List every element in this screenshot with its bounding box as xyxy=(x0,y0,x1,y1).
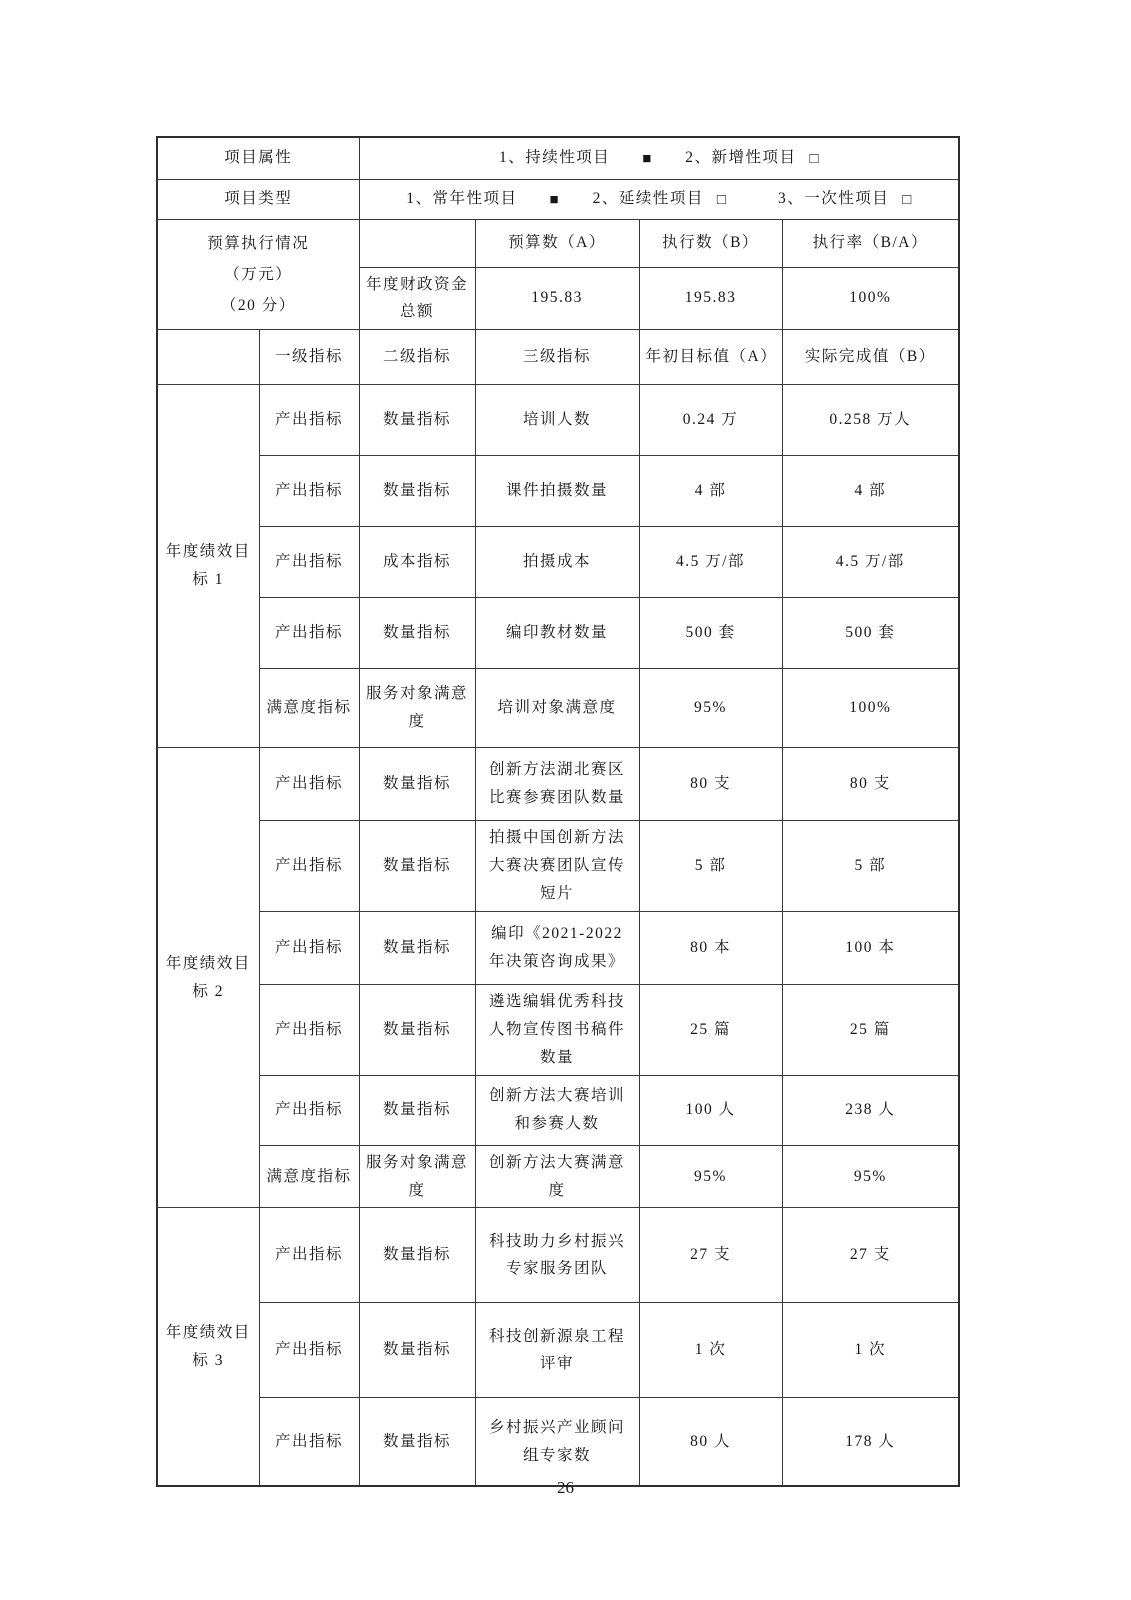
cell-level1: 产出指标 xyxy=(259,456,359,527)
budget-label-line: （万元） xyxy=(164,259,353,290)
budget-header-row: 预算执行情况 （万元） （20 分） 预算数（A） 执行数（B） 执行率（B/A… xyxy=(157,219,959,267)
cell-level2: 数量指标 xyxy=(359,911,475,984)
budget-label-line: 预算执行情况 xyxy=(164,228,353,259)
cell-target: 95% xyxy=(639,669,782,748)
cell-target: 1 次 xyxy=(639,1303,782,1398)
document-page: 项目属性 1、持续性项目■2、新增性项目□ 项目类型 1、常年性项目■2、延续性… xyxy=(0,0,1131,1600)
option-label: 1、常年性项目 xyxy=(406,190,517,207)
cell-level2: 成本指标 xyxy=(359,527,475,598)
group-label-goal-2: 年度绩效目标 2 xyxy=(157,748,259,1208)
cell-target: 27 支 xyxy=(639,1208,782,1303)
cell-target: 100 人 xyxy=(639,1075,782,1145)
cell-actual: 1 次 xyxy=(782,1303,959,1398)
cell-level1: 产出指标 xyxy=(259,598,359,669)
cell-target: 500 套 xyxy=(639,598,782,669)
option-label: 1、持续性项目 xyxy=(499,149,610,166)
budget-label-line: （20 分） xyxy=(164,290,353,321)
cell-target: 80 本 xyxy=(639,911,782,984)
cell-level3: 科技创新源泉工程评审 xyxy=(475,1303,639,1398)
page-number: 26 xyxy=(0,1478,1131,1498)
header-actual: 实际完成值（B） xyxy=(782,330,959,385)
option-onetime-project: 3、一次性项目□ xyxy=(778,190,911,207)
cell-level3: 培训人数 xyxy=(475,385,639,456)
cell-actual: 25 篇 xyxy=(782,984,959,1075)
project-attribute-label: 项目属性 xyxy=(157,137,359,179)
cell-target: 5 部 xyxy=(639,821,782,912)
checkbox-checked-icon: ■ xyxy=(642,146,651,173)
indicator-row: 产出指标 数量指标 创新方法大赛培训和参赛人数 100 人 238 人 xyxy=(157,1075,959,1145)
project-type-label: 项目类型 xyxy=(157,179,359,219)
indicator-row: 产出指标 数量指标 编印教材数量 500 套 500 套 xyxy=(157,598,959,669)
budget-value-b: 195.83 xyxy=(639,267,782,330)
option-annual-project: 1、常年性项目■ xyxy=(406,190,558,207)
cell-level3: 创新方法湖北赛区比赛参赛团队数量 xyxy=(475,748,639,821)
indicator-row: 满意度指标 服务对象满意度 创新方法大赛满意度 95% 95% xyxy=(157,1145,959,1208)
budget-header-amount-b: 执行数（B） xyxy=(639,219,782,267)
cell-level1: 产出指标 xyxy=(259,1075,359,1145)
cell-target: 80 支 xyxy=(639,748,782,821)
project-type-options: 1、常年性项目■2、延续性项目□3、一次性项目□ xyxy=(359,179,959,219)
cell-actual: 95% xyxy=(782,1145,959,1208)
cell-actual: 238 人 xyxy=(782,1075,959,1145)
cell-level1: 产出指标 xyxy=(259,911,359,984)
header-level1: 一级指标 xyxy=(259,330,359,385)
group-label-goal-3: 年度绩效目标 3 xyxy=(157,1208,259,1486)
cell-level3: 乡村振兴产业顾问组专家数 xyxy=(475,1398,639,1486)
option-continuing-project: 1、持续性项目■ xyxy=(499,149,651,166)
cell-level1: 产出指标 xyxy=(259,385,359,456)
cell-target: 80 人 xyxy=(639,1398,782,1486)
budget-execution-label: 预算执行情况 （万元） （20 分） xyxy=(157,219,359,330)
cell-actual: 0.258 万人 xyxy=(782,385,959,456)
option-new-project: 2、新增性项目□ xyxy=(685,149,818,166)
cell-target: 25 篇 xyxy=(639,984,782,1075)
indicator-row: 产出指标 数量指标 乡村振兴产业顾问组专家数 80 人 178 人 xyxy=(157,1398,959,1486)
option-label: 3、一次性项目 xyxy=(778,190,889,207)
cell-target: 0.24 万 xyxy=(639,385,782,456)
checkbox-checked-icon: ■ xyxy=(550,187,559,214)
indicator-header-row: 一级指标 二级指标 三级指标 年初目标值（A） 实际完成值（B） xyxy=(157,330,959,385)
checkbox-unchecked-icon: □ xyxy=(902,187,911,214)
cell-level2: 数量指标 xyxy=(359,984,475,1075)
cell-level1: 产出指标 xyxy=(259,1398,359,1486)
cell-level3: 拍摄中国创新方法大赛决赛团队宣传短片 xyxy=(475,821,639,912)
cell-target: 4 部 xyxy=(639,456,782,527)
cell-level1: 产出指标 xyxy=(259,984,359,1075)
indicator-row: 年度绩效目标 3 产出指标 数量指标 科技助力乡村振兴专家服务团队 27 支 2… xyxy=(157,1208,959,1303)
group-label-goal-1: 年度绩效目标 1 xyxy=(157,385,259,748)
cell-level3: 创新方法大赛培训和参赛人数 xyxy=(475,1075,639,1145)
option-label: 2、延续性项目 xyxy=(593,190,704,207)
cell-level3: 编印教材数量 xyxy=(475,598,639,669)
indicator-row: 产出指标 成本指标 拍摄成本 4.5 万/部 4.5 万/部 xyxy=(157,527,959,598)
checkbox-unchecked-icon: □ xyxy=(810,146,819,173)
performance-table: 项目属性 1、持续性项目■2、新增性项目□ 项目类型 1、常年性项目■2、延续性… xyxy=(156,136,960,1487)
cell-level2: 数量指标 xyxy=(359,821,475,912)
project-type-row: 项目类型 1、常年性项目■2、延续性项目□3、一次性项目□ xyxy=(157,179,959,219)
project-attribute-row: 项目属性 1、持续性项目■2、新增性项目□ xyxy=(157,137,959,179)
cell-target: 95% xyxy=(639,1145,782,1208)
cell-actual: 27 支 xyxy=(782,1208,959,1303)
cell-level3: 拍摄成本 xyxy=(475,527,639,598)
cell-actual: 100% xyxy=(782,669,959,748)
indicator-row: 产出指标 数量指标 课件拍摄数量 4 部 4 部 xyxy=(157,456,959,527)
cell-level3: 编印《2021-2022 年决策咨询成果》 xyxy=(475,911,639,984)
cell-level1: 产出指标 xyxy=(259,748,359,821)
cell-level2: 数量指标 xyxy=(359,385,475,456)
indicator-row: 产出指标 数量指标 科技创新源泉工程评审 1 次 1 次 xyxy=(157,1303,959,1398)
cell-level1: 产出指标 xyxy=(259,821,359,912)
empty-cell xyxy=(359,219,475,267)
budget-value-a: 195.83 xyxy=(475,267,639,330)
budget-header-rate: 执行率（B/A） xyxy=(782,219,959,267)
budget-row-header: 年度财政资金总额 xyxy=(359,267,475,330)
cell-level3: 课件拍摄数量 xyxy=(475,456,639,527)
cell-level3: 创新方法大赛满意度 xyxy=(475,1145,639,1208)
cell-level1: 满意度指标 xyxy=(259,1145,359,1208)
cell-level3: 遴选编辑优秀科技人物宣传图书稿件数量 xyxy=(475,984,639,1075)
indicator-row: 产出指标 数量指标 拍摄中国创新方法大赛决赛团队宣传短片 5 部 5 部 xyxy=(157,821,959,912)
header-level2: 二级指标 xyxy=(359,330,475,385)
cell-level2: 数量指标 xyxy=(359,1398,475,1486)
project-attribute-options: 1、持续性项目■2、新增性项目□ xyxy=(359,137,959,179)
cell-actual: 80 支 xyxy=(782,748,959,821)
indicator-row: 满意度指标 服务对象满意度 培训对象满意度 95% 100% xyxy=(157,669,959,748)
cell-level1: 满意度指标 xyxy=(259,669,359,748)
indicator-row: 产出指标 数量指标 编印《2021-2022 年决策咨询成果》 80 本 100… xyxy=(157,911,959,984)
cell-level2: 数量指标 xyxy=(359,1303,475,1398)
cell-actual: 4 部 xyxy=(782,456,959,527)
cell-level2: 数量指标 xyxy=(359,456,475,527)
cell-target: 4.5 万/部 xyxy=(639,527,782,598)
indicator-row: 产出指标 数量指标 遴选编辑优秀科技人物宣传图书稿件数量 25 篇 25 篇 xyxy=(157,984,959,1075)
indicator-row: 年度绩效目标 1 产出指标 数量指标 培训人数 0.24 万 0.258 万人 xyxy=(157,385,959,456)
cell-level1: 产出指标 xyxy=(259,527,359,598)
cell-level2: 服务对象满意度 xyxy=(359,669,475,748)
option-extended-project: 2、延续性项目□ xyxy=(593,190,726,207)
budget-header-amount-a: 预算数（A） xyxy=(475,219,639,267)
cell-level3: 培训对象满意度 xyxy=(475,669,639,748)
cell-actual: 500 套 xyxy=(782,598,959,669)
indicator-row: 年度绩效目标 2 产出指标 数量指标 创新方法湖北赛区比赛参赛团队数量 80 支… xyxy=(157,748,959,821)
budget-value-rate: 100% xyxy=(782,267,959,330)
cell-level2: 数量指标 xyxy=(359,748,475,821)
cell-level3: 科技助力乡村振兴专家服务团队 xyxy=(475,1208,639,1303)
cell-level2: 数量指标 xyxy=(359,1208,475,1303)
cell-level2: 服务对象满意度 xyxy=(359,1145,475,1208)
cell-actual: 178 人 xyxy=(782,1398,959,1486)
checkbox-unchecked-icon: □ xyxy=(717,187,726,214)
cell-level2: 数量指标 xyxy=(359,598,475,669)
header-level3: 三级指标 xyxy=(475,330,639,385)
cell-level1: 产出指标 xyxy=(259,1208,359,1303)
option-label: 2、新增性项目 xyxy=(685,149,796,166)
cell-level2: 数量指标 xyxy=(359,1075,475,1145)
cell-actual: 100 本 xyxy=(782,911,959,984)
cell-level1: 产出指标 xyxy=(259,1303,359,1398)
cell-actual: 4.5 万/部 xyxy=(782,527,959,598)
empty-cell xyxy=(157,330,259,385)
header-target: 年初目标值（A） xyxy=(639,330,782,385)
cell-actual: 5 部 xyxy=(782,821,959,912)
